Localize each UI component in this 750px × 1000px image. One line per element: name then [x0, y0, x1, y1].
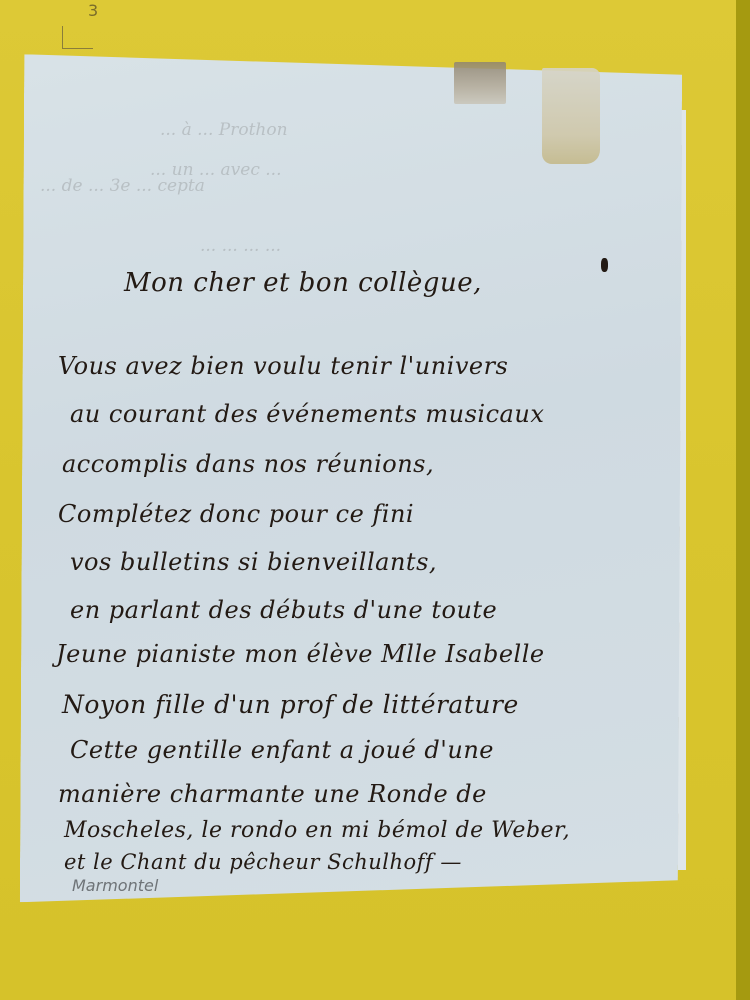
letter-line: accomplis dans nos réunions, — [62, 450, 434, 478]
tape-stain-left — [454, 62, 506, 104]
letter-line: Moscheles, le rondo en mi bémol de Weber… — [64, 818, 570, 843]
letter-line: manière charmante une Ronde de — [58, 780, 487, 808]
bleed-through-text: ... ... ... ... — [200, 236, 281, 256]
letter-line: et le Chant du pêcheur Schulhoff — — [64, 850, 462, 874]
letter-line: au courant des événements musicaux — [70, 400, 544, 428]
letter-line: Complétez donc pour ce fini — [58, 500, 414, 528]
bleed-through-text: ... de ... 3e ... cepta — [40, 176, 205, 196]
ink-blot — [601, 258, 608, 272]
tape-stain-right — [542, 68, 600, 164]
letter-line: en parlant des débuts d'une toute — [70, 596, 497, 624]
letter-line: vos bulletins si bienveillants, — [70, 548, 437, 576]
letter-line: Jeune pianiste mon élève Mlle Isabelle — [56, 640, 545, 668]
background-right-strip — [736, 0, 750, 1000]
pencil-signature: Marmontel — [72, 876, 158, 895]
archive-bracket — [62, 26, 93, 49]
letter-line: Cette gentille enfant a joué d'une — [70, 736, 494, 764]
bleed-through-text: ... à ... Prothon — [160, 120, 288, 140]
archive-pencil-mark: 3 — [62, 0, 112, 54]
letter-line: Noyon fille d'un prof de littérature — [62, 690, 519, 719]
letter-salutation: Mon cher et bon collègue, — [124, 268, 482, 298]
archive-digit: 3 — [88, 0, 98, 22]
letter-line: Vous avez bien voulu tenir l'univers — [58, 352, 508, 380]
